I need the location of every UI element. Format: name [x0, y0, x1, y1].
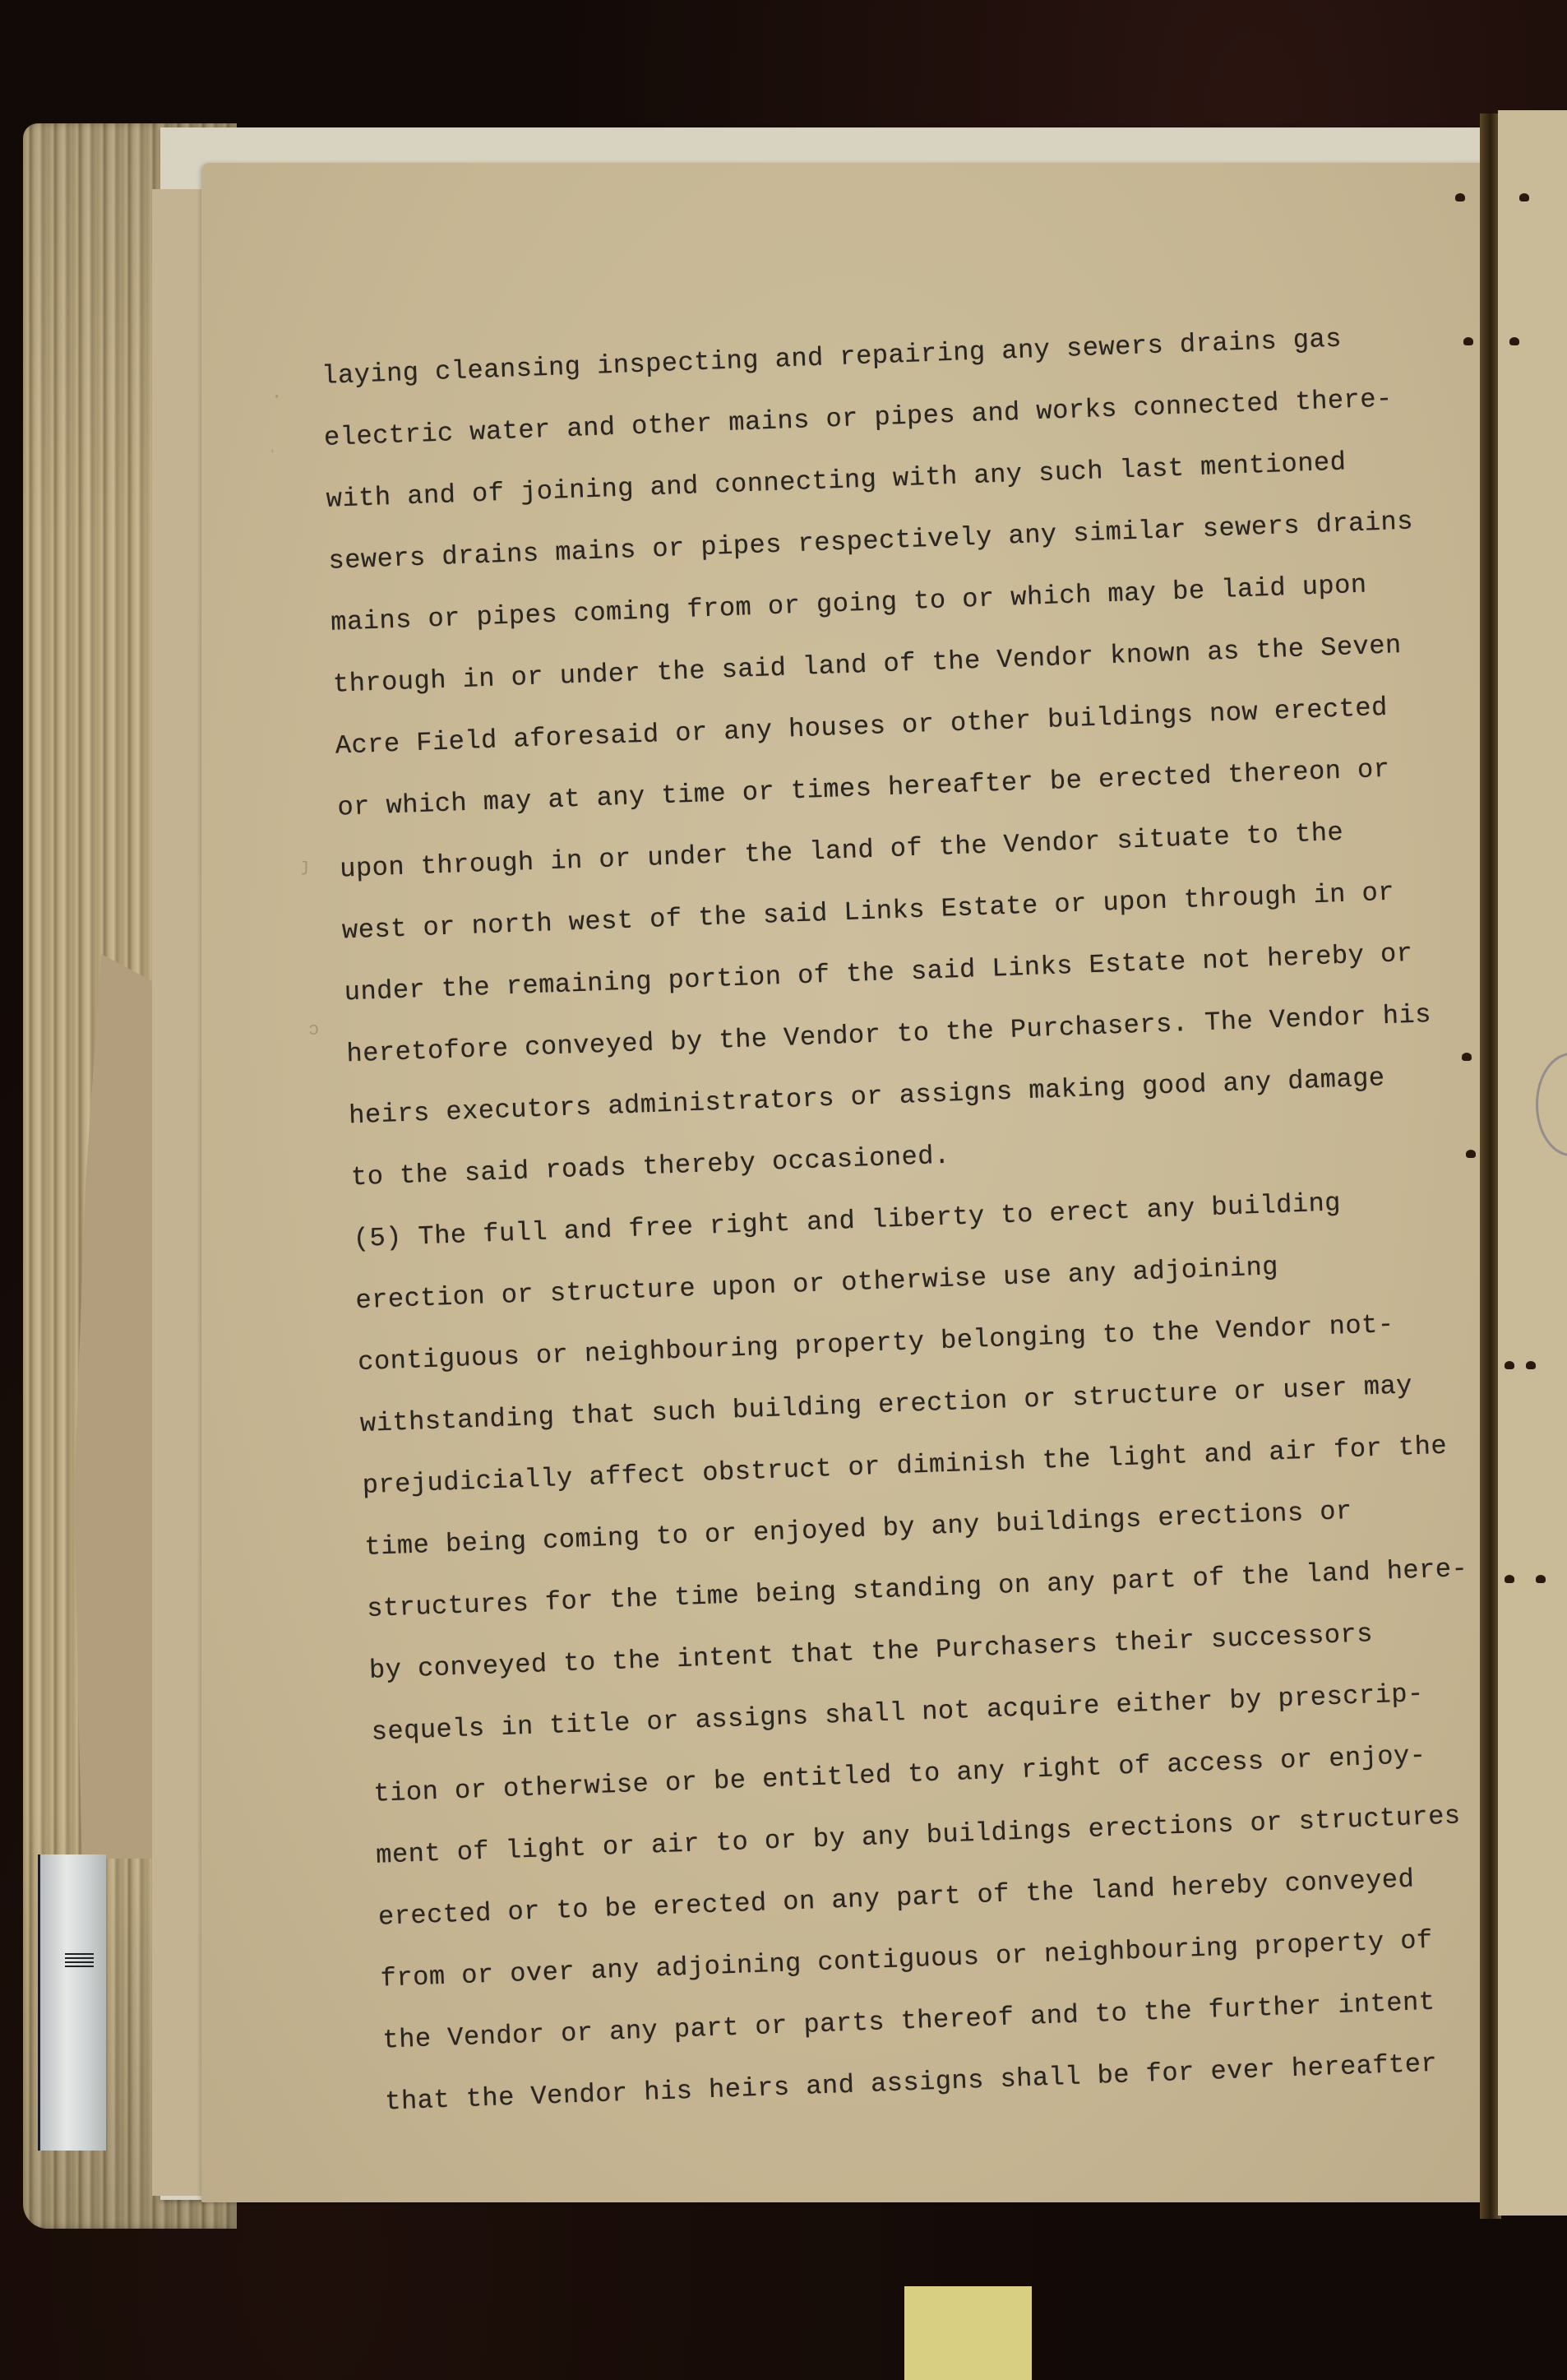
margin-mark-icon: ʿ — [267, 448, 278, 469]
margin-mark-icon: · — [271, 387, 282, 407]
sewing-hole-icon — [1536, 1575, 1546, 1583]
sewing-hole-icon — [1509, 337, 1519, 345]
sewing-hole-icon — [1519, 193, 1529, 201]
sewing-hole-icon — [1455, 193, 1465, 201]
margin-mark-icon: ɔ — [308, 1020, 319, 1040]
yellow-marker-slip — [904, 2286, 1032, 2380]
typed-text-block: laying cleansing inspecting and repairin… — [321, 303, 1553, 2133]
sewing-hole-icon — [1526, 1361, 1536, 1369]
insert-stripes-icon — [65, 1953, 94, 1968]
laminated-insert — [38, 1854, 106, 2151]
margin-mark-icon: ȷ — [300, 855, 311, 877]
